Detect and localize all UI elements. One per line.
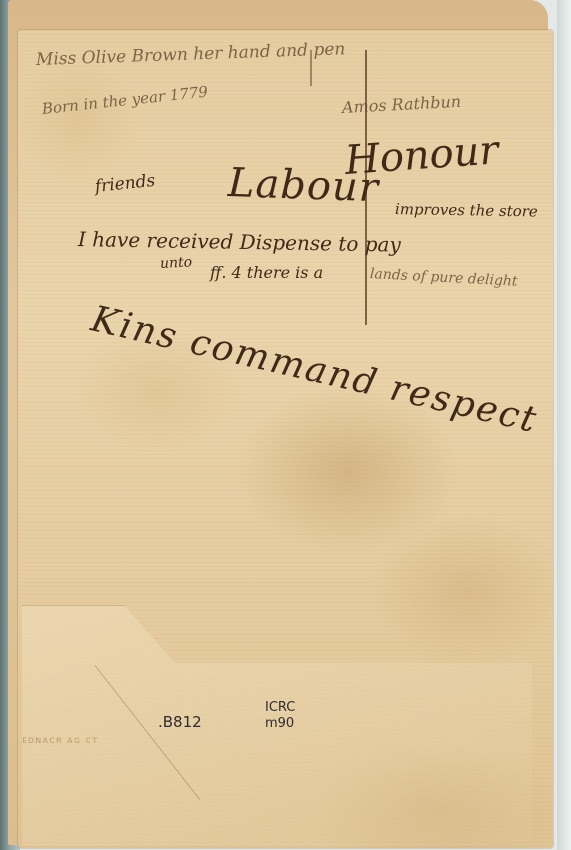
collection-code-label: ICRC m90 xyxy=(265,700,295,732)
collection-code-line2: m90 xyxy=(265,716,295,732)
faint-stamp: ᴇᴅɴᴀᴄʀ ᴀɢ ᴄᴛ xyxy=(22,735,99,746)
improves-phrase: improves the store xyxy=(395,200,538,220)
unto-word: unto xyxy=(160,254,193,272)
labour-word: Labour xyxy=(227,160,379,211)
call-number-label: .B812 xyxy=(158,714,202,730)
there-is-phrase: ff. 4 there is a xyxy=(210,263,323,282)
collection-code-line1: ICRC xyxy=(265,700,295,716)
scanner-background-right xyxy=(557,0,571,850)
